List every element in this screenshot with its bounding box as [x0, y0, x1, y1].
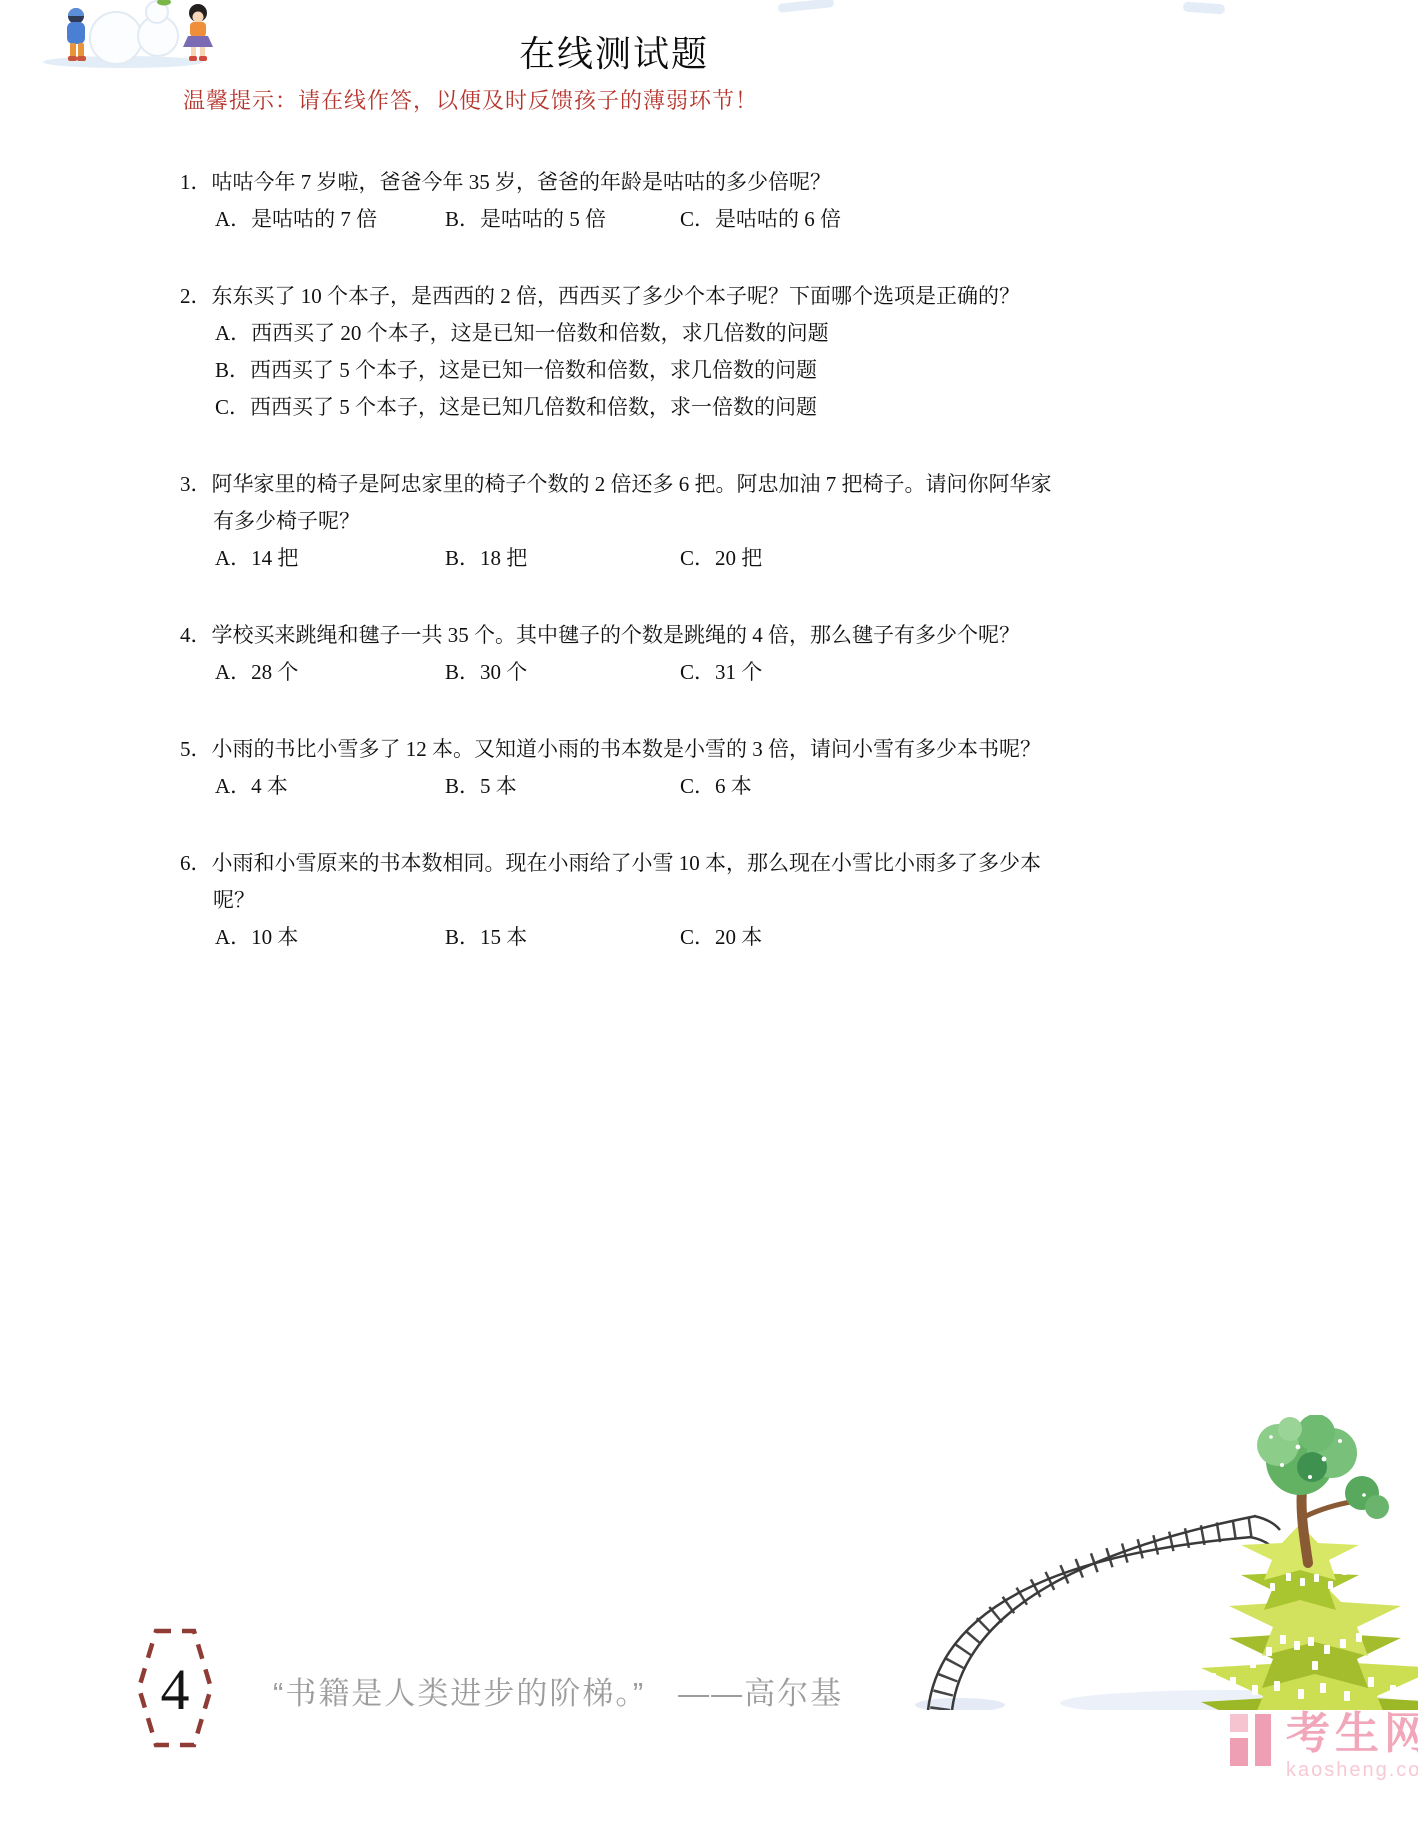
paper-smudge: [778, 0, 835, 13]
question-5-text: 5．小雨的书比小雪多了 12 本。又知道小雨的书本数是小雪的 3 倍，请问小雪有…: [180, 731, 1060, 768]
question-3-option-a: A．14 把: [215, 540, 298, 577]
question-4: 4．学校买来跳绳和毽子一共 35 个。其中毽子的个数是跳绳的 4 倍，那么毽子有…: [180, 617, 1060, 691]
question-2-option-c: C．西西买了 5 个本子，这是已知几倍数和倍数，求一倍数的问题: [180, 389, 1060, 426]
kaosheng-logo-text: 考生网 kaosheng.com: [1286, 1712, 1418, 1780]
question-3-options: A．14 把 B．18 把 C．20 把: [180, 540, 1060, 577]
question-6-option-a: A．10 本: [215, 919, 298, 956]
question-2-option-b: B．西西买了 5 个本子，这是已知一倍数和倍数，求几倍数的问题: [180, 352, 1060, 389]
question-2-option-a: A．西西买了 20 个本子，这是已知一倍数和倍数，求几倍数的问题: [180, 315, 1060, 352]
page-title: 在线测试题: [180, 26, 1048, 77]
question-6-options: A．10 本 B．15 本 C．20 本: [180, 919, 1060, 956]
question-5-options: A．4 本 B．5 本 C．6 本: [180, 768, 1060, 805]
question-5-option-b: B．5 本: [445, 768, 517, 805]
question-1-option-b: B．是咕咕的 5 倍: [445, 201, 606, 238]
question-6-option-c: C．20 本: [680, 919, 762, 956]
worksheet-page: 在线测试题 温馨提示：请在线作答，以便及时反馈孩子的薄弱环节！ 1．咕咕今年 7…: [0, 0, 1418, 1832]
notice-text: 温馨提示：请在线作答，以便及时反馈孩子的薄弱环节！: [183, 84, 1083, 115]
question-4-option-c: C．31 个: [680, 654, 762, 691]
question-4-option-a: A．28 个: [215, 654, 298, 691]
question-5: 5．小雨的书比小雪多了 12 本。又知道小雨的书本数是小雪的 3 倍，请问小雪有…: [180, 731, 1060, 805]
question-1-text: 1．咕咕今年 7 岁啦，爸爸今年 35 岁，爸爸的年龄是咕咕的多少倍呢？: [180, 164, 1060, 201]
question-4-text: 4．学校买来跳绳和毽子一共 35 个。其中毽子的个数是跳绳的 4 倍，那么毽子有…: [180, 617, 1060, 654]
question-3-option-b: B．18 把: [445, 540, 527, 577]
question-1-option-c: C．是咕咕的 6 倍: [680, 201, 841, 238]
page-number: 4: [136, 1656, 214, 1723]
question-1-options: A．是咕咕的 7 倍 B．是咕咕的 5 倍 C．是咕咕的 6 倍: [180, 201, 1060, 238]
question-6: 6．小雨和小雪原来的书本数相同。现在小雨给了小雪 10 本，那么现在小雪比小雨多…: [180, 845, 1060, 956]
question-3-text: 3．阿华家里的椅子是阿忠家里的椅子个数的 2 倍还多 6 把。阿忠加油 7 把椅…: [180, 466, 1060, 540]
question-2: 2．东东买了 10 个本子，是西西的 2 倍，西西买了多少个本子呢？下面哪个选项…: [180, 278, 1060, 426]
kaosheng-logo-name: 考生网: [1286, 1712, 1418, 1756]
question-2-text: 2．东东买了 10 个本子，是西西的 2 倍，西西买了多少个本子呢？下面哪个选项…: [180, 278, 1060, 315]
page-number-hexagon: 4: [136, 1628, 214, 1748]
question-4-option-b: B．30 个: [445, 654, 527, 691]
question-6-option-b: B．15 本: [445, 919, 527, 956]
question-list: 1．咕咕今年 7 岁啦，爸爸今年 35 岁，爸爸的年龄是咕咕的多少倍呢？ A．是…: [180, 164, 1060, 996]
question-3-option-c: C．20 把: [680, 540, 762, 577]
question-6-text: 6．小雨和小雪原来的书本数相同。现在小雨给了小雪 10 本，那么现在小雪比小雨多…: [180, 845, 1060, 919]
kaosheng-logo-domain: kaosheng.com: [1286, 1760, 1418, 1780]
question-3: 3．阿华家里的椅子是阿忠家里的椅子个数的 2 倍还多 6 把。阿忠加油 7 把椅…: [180, 466, 1060, 577]
question-5-option-a: A．4 本: [215, 768, 288, 805]
kaosheng-logo: 考生网 kaosheng.com: [1230, 1712, 1418, 1780]
question-1-option-a: A．是咕咕的 7 倍: [215, 201, 377, 238]
tree-buildings-track-illustration: [900, 1415, 1418, 1710]
kaosheng-logo-mark-icon: [1230, 1712, 1276, 1770]
paper-smudge: [1183, 2, 1226, 15]
question-5-option-c: C．6 本: [680, 768, 752, 805]
question-1: 1．咕咕今年 7 岁啦，爸爸今年 35 岁，爸爸的年龄是咕咕的多少倍呢？ A．是…: [180, 164, 1060, 238]
question-4-options: A．28 个 B．30 个 C．31 个: [180, 654, 1060, 691]
question-2-options: A．西西买了 20 个本子，这是已知一倍数和倍数，求几倍数的问题 B．西西买了 …: [180, 315, 1060, 426]
